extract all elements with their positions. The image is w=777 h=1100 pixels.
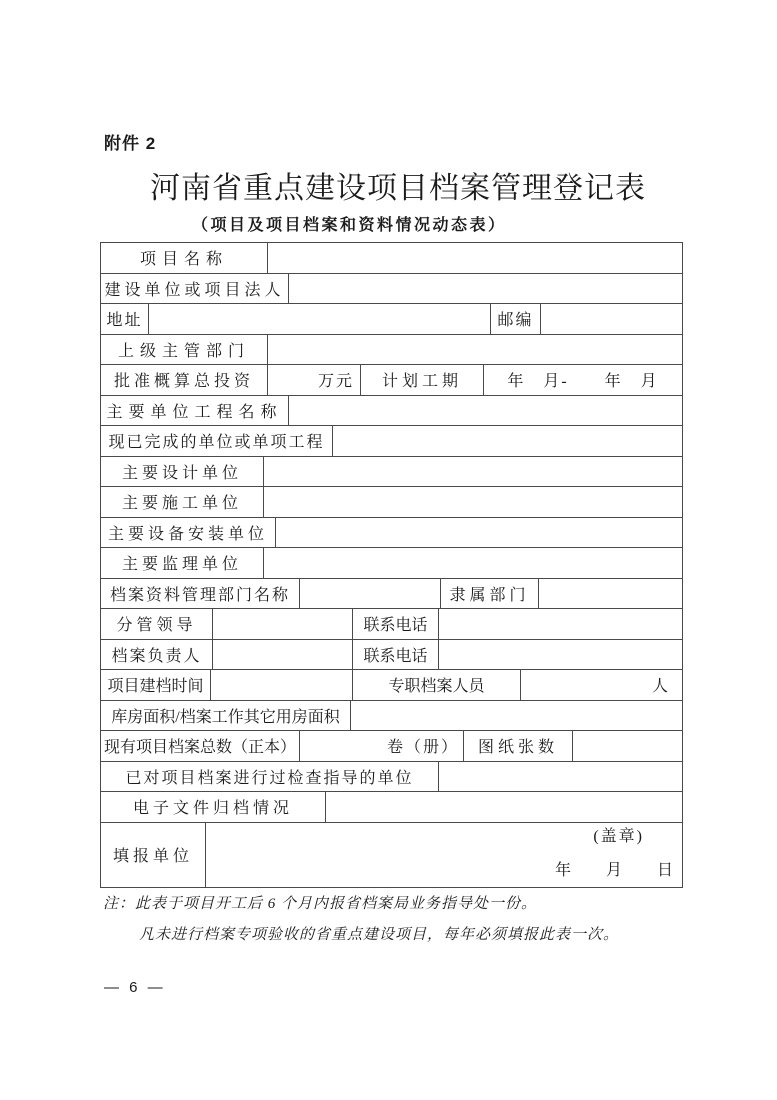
room-area-label: 库房面积/档案工作其它用房面积 <box>101 701 351 731</box>
affiliation-value-cell <box>539 579 682 609</box>
row-equipment-install-unit: 主要设备安装单位 <box>101 518 682 549</box>
seal-placeholder: (盖章) <box>593 823 644 846</box>
charge-leader-label: 分管领导 <box>101 609 213 639</box>
address-label: 地址 <box>101 304 149 334</box>
row-address: 地址 邮编 <box>101 304 682 335</box>
main-unit-project-label: 主要单位工程名称 <box>101 396 289 426</box>
staff-count-unit: 人 <box>521 670 682 700</box>
project-name-label: 项目名称 <box>101 243 268 273</box>
archive-head-phone-value-cell <box>439 640 682 670</box>
investment-label: 批准概算总投资 <box>101 365 268 395</box>
filing-time-label: 项目建档时间 <box>101 670 211 700</box>
row-design-unit: 主要设计单位 <box>101 457 682 488</box>
equipment-install-unit-label: 主要设备安装单位 <box>101 518 276 548</box>
construction-unit-value-cell <box>264 487 682 517</box>
address-value-cell <box>149 304 491 334</box>
inspection-units-value-cell <box>439 762 682 792</box>
row-archive-head: 档案负责人 联系电话 <box>101 640 682 671</box>
attachment-label: 附件 2 <box>104 129 156 154</box>
zip-label: 邮编 <box>491 304 541 334</box>
row-room-area: 库房面积/档案工作其它用房面积 <box>101 701 682 732</box>
page-number: — 6 — <box>104 979 166 996</box>
builder-label: 建设单位或项目法人 <box>101 274 289 304</box>
inspection-units-label: 已对项目档案进行过检查指导的单位 <box>101 762 439 792</box>
date-placeholder: 年 月 日 <box>555 857 674 880</box>
completed-projects-label: 现已完成的单位或单项工程 <box>101 426 333 456</box>
document-page: 附件 2 河南省重点建设项目档案管理登记表 （项目及项目档案和资料情况动态表） … <box>0 0 777 1100</box>
builder-value-cell <box>289 274 682 304</box>
charge-leader-value-cell <box>213 609 353 639</box>
charge-leader-phone-value-cell <box>439 609 682 639</box>
footnotes: 注：此表于项目开工后 6 个月内报省档案局业务指导处一份。 凡未进行档案专项验收… <box>103 895 663 945</box>
archive-head-phone-label: 联系电话 <box>353 640 439 670</box>
row-supervision-unit: 主要监理单位 <box>101 548 682 579</box>
row-superior-dept: 上级主管部门 <box>101 335 682 366</box>
reporting-unit-label: 填报单位 <box>101 823 206 888</box>
investment-unit: 万元 <box>268 365 361 395</box>
reporting-unit-sign-area: (盖章) 年 月 日 <box>206 823 682 888</box>
equipment-install-unit-value-cell <box>276 518 682 548</box>
row-construction-unit: 主要施工单位 <box>101 487 682 518</box>
row-builder: 建设单位或项目法人 <box>101 274 682 305</box>
row-efile-status: 电子文件归档情况 <box>101 792 682 823</box>
filing-time-value-cell <box>211 670 353 700</box>
row-charge-leader: 分管领导 联系电话 <box>101 609 682 640</box>
archive-head-value-cell <box>213 640 353 670</box>
room-area-value-cell <box>351 701 682 731</box>
archive-dept-value-cell <box>300 579 441 609</box>
footnote-line-2: 凡未进行档案专项验收的省重点建设项目，每年必须填报此表一次。 <box>103 926 663 945</box>
superior-dept-value-cell <box>268 335 682 365</box>
main-unit-project-value-cell <box>289 396 682 426</box>
row-filing-time: 项目建档时间 专职档案人员 人 <box>101 670 682 701</box>
efile-status-label: 电子文件归档情况 <box>101 792 326 822</box>
construction-unit-label: 主要施工单位 <box>101 487 264 517</box>
supervision-unit-label: 主要监理单位 <box>101 548 264 578</box>
duration-value: 年 月- 年 月 <box>484 365 682 395</box>
drawings-value-cell <box>573 731 682 761</box>
row-archive-dept: 档案资料管理部门名称 隶属部门 <box>101 579 682 610</box>
completed-projects-value-cell <box>333 426 682 456</box>
design-unit-value-cell <box>264 457 682 487</box>
archive-dept-label: 档案资料管理部门名称 <box>101 579 300 609</box>
row-inspection-units: 已对项目档案进行过检查指导的单位 <box>101 762 682 793</box>
zip-value-cell <box>541 304 682 334</box>
document-title: 河南省重点建设项目档案管理登记表 <box>150 163 646 207</box>
supervision-unit-value-cell <box>264 548 682 578</box>
registration-form-table: 项目名称 建设单位或项目法人 地址 邮编 上级主管部门 批准概算总投资 万元 计… <box>100 242 683 888</box>
row-project-name: 项目名称 <box>101 243 682 274</box>
row-reporting-unit: 填报单位 (盖章) 年 月 日 <box>101 823 682 888</box>
row-completed-projects: 现已完成的单位或单项工程 <box>101 426 682 457</box>
document-subtitle: （项目及项目档案和资料情况动态表） <box>192 212 507 235</box>
efile-status-value-cell <box>326 792 682 822</box>
project-name-value-cell <box>268 243 682 273</box>
row-main-unit-project: 主要单位工程名称 <box>101 396 682 427</box>
affiliation-label: 隶属部门 <box>441 579 539 609</box>
charge-leader-phone-label: 联系电话 <box>353 609 439 639</box>
duration-label: 计划工期 <box>361 365 484 395</box>
superior-dept-label: 上级主管部门 <box>101 335 268 365</box>
footnote-line-1: 注：此表于项目开工后 6 个月内报省档案局业务指导处一份。 <box>103 895 663 914</box>
drawings-label: 图纸张数 <box>464 731 573 761</box>
design-unit-label: 主要设计单位 <box>101 457 264 487</box>
archive-total-label: 现有项目档案总数（正本） <box>101 731 300 761</box>
archive-total-unit: 卷（册） <box>300 731 464 761</box>
archive-head-label: 档案负责人 <box>101 640 213 670</box>
row-investment: 批准概算总投资 万元 计划工期 年 月- 年 月 <box>101 365 682 396</box>
staff-label: 专职档案人员 <box>353 670 521 700</box>
row-archive-total: 现有项目档案总数（正本） 卷（册） 图纸张数 <box>101 731 682 762</box>
